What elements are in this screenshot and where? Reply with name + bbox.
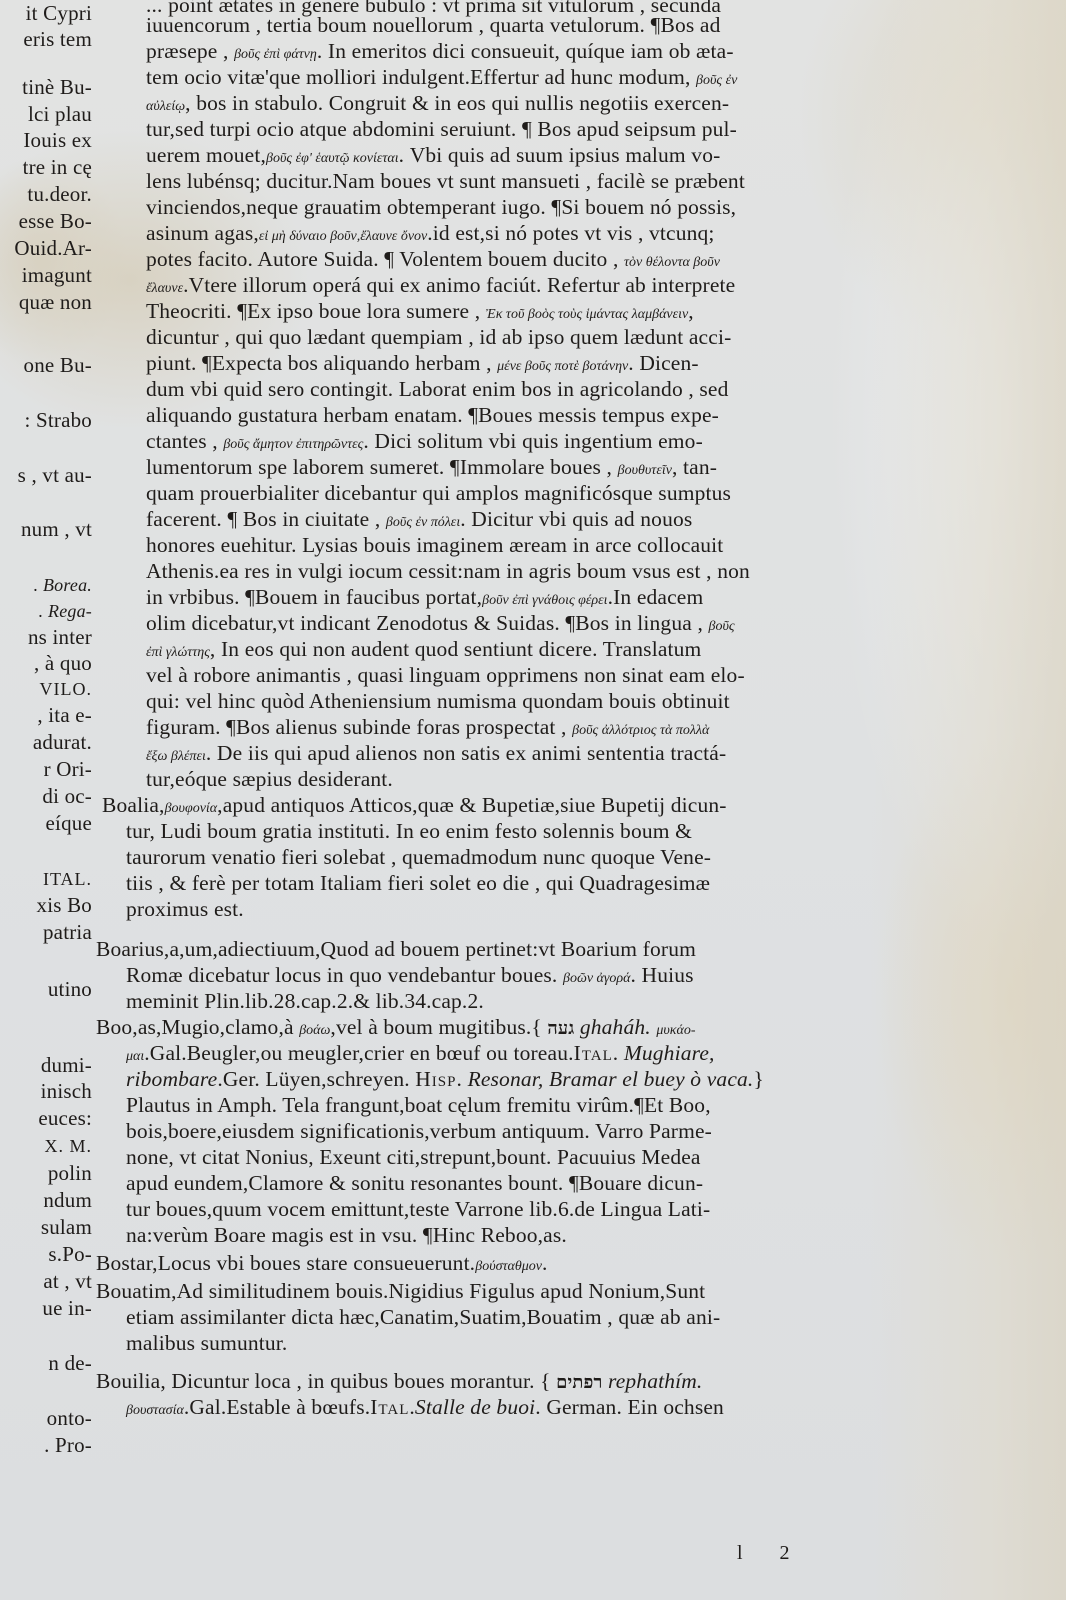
greek-gloss: βοῦν ἐπὶ γνάθοις φέρει xyxy=(482,593,607,608)
greek-gloss: βούσταθμον xyxy=(475,1259,542,1274)
text-line: taurorum venatio fieri solebat , quemadm… xyxy=(126,844,711,871)
margin-fragment: tu.deor. xyxy=(0,181,92,207)
text-span: . Dicitur vbi quis ad nouos xyxy=(460,507,692,531)
text-line: vel à robore animantis , quasi linguam o… xyxy=(146,662,745,689)
text-span: Bouilia, Dicuntur loca , in quibus boues… xyxy=(96,1369,556,1393)
margin-fragment: dumi- xyxy=(0,1052,92,1078)
text-span: bois,boere,eiusdem significationis,verbu… xyxy=(126,1119,712,1143)
text-span: taurorum venatio fieri solebat , quemadm… xyxy=(126,845,711,869)
margin-fragment: s.Po- xyxy=(0,1241,92,1267)
text-line: Plautus in Amph. Tela frangunt,boat cęlu… xyxy=(126,1092,711,1119)
greek-gloss: μαι xyxy=(126,1049,144,1064)
text-line: Bostar,Locus vbi boues stare consueuerun… xyxy=(96,1250,548,1280)
greek-gloss: Ἐκ τοῦ βοὸς τοὺς ἱμάντας λαμβάνειν xyxy=(486,307,688,322)
text-span: .Gal.Beugler,ou meugler,crier en bœuf ou… xyxy=(144,1041,573,1065)
margin-fragment: ue in- xyxy=(0,1295,92,1321)
text-span: . Dici solitum vbi quis ingentium emo- xyxy=(363,429,703,453)
text-span: præsepe , xyxy=(146,39,234,63)
margin-fragment: inisch xyxy=(0,1078,92,1104)
margin-fragment: esse Bo- xyxy=(0,208,92,234)
margin-fragment: lci plau xyxy=(0,101,92,127)
text-line: malibus sumuntur. xyxy=(126,1330,287,1357)
text-span: apud eundem,Clamore & sonitu resonantes … xyxy=(126,1171,703,1195)
text-span: , In eos qui non audent quod sentiunt di… xyxy=(210,637,702,661)
text-span: .id est,si nó potes vt vis , vtcunq; xyxy=(427,221,714,245)
text-span: piunt. ¶Expecta bos aliquando herbam , xyxy=(146,351,497,375)
margin-fragment: it Cypri xyxy=(0,0,92,26)
text-line: iuuencorum , tertia boum nouellorum , qu… xyxy=(146,12,721,39)
text-line: tur, Ludi boum gratia instituti. In eo e… xyxy=(126,818,692,845)
entry-headword: Boarius,a,um,adiectiuum,Quod ad bouem pe… xyxy=(96,937,696,961)
text-span: Ital xyxy=(370,1395,409,1419)
margin-fragment: X. M. xyxy=(0,1133,92,1159)
greek-gloss: βουστασία xyxy=(126,1403,184,1418)
text-span: tur,eóque sæpius desiderant. xyxy=(146,767,393,791)
margin-fragment: at , vt xyxy=(0,1268,92,1294)
text-span: meminit Plin.lib.28.cap.2.& lib.34.cap.2… xyxy=(126,989,484,1013)
text-line: ribombare.Ger. Lüyen,schreyen. Hisp. Res… xyxy=(126,1066,764,1093)
text-span: na:verùm Boare magis est in vsu. ¶Hinc R… xyxy=(126,1223,567,1247)
text-span: , xyxy=(688,299,694,323)
text-span: . Vbi quis ad suum ipsius malum vo- xyxy=(399,143,721,167)
text-span: ,vel à boum mugitibus.{ xyxy=(330,1015,547,1039)
margin-fragment: , ita e- xyxy=(0,702,92,728)
text-line: Bouatim,Ad similitudinem bouis.Nigidius … xyxy=(96,1278,705,1305)
greek-gloss: βουφονία xyxy=(165,801,218,816)
margin-fragment: xis Bo xyxy=(0,892,92,918)
text-span: facerent. ¶ Bos in ciuitate , xyxy=(146,507,386,531)
text-line: dicuntur , qui quo lædant quempiam , id … xyxy=(146,324,731,351)
greek-gloss: μένε βοῦς ποτὲ βοτάνην xyxy=(497,359,628,374)
text-line: tur,sed turpi ocio atque abdomini seruiu… xyxy=(146,116,737,143)
margin-fragment: ns inter xyxy=(0,624,92,650)
text-span: olim dicebatur,vt indicant Zenodotus & S… xyxy=(146,611,709,635)
signature-mark: l 2 xyxy=(737,1542,806,1565)
text-span: rephathím. xyxy=(602,1369,702,1393)
text-span: dum vbi quid sero contingit. Laborat eni… xyxy=(146,377,729,401)
margin-fragment: ITAL. xyxy=(0,866,92,892)
text-span: ctantes , xyxy=(146,429,223,453)
hebrew-gloss: רפתים xyxy=(556,1372,602,1392)
text-span: , tan- xyxy=(672,455,717,479)
text-line: Athenis.ea res in vulgi iocum cessit:nam… xyxy=(146,558,750,585)
text-span: Romæ dicebatur locus in quo vendebantur … xyxy=(126,963,563,987)
text-line: tur boues,quum vocem emittunt,teste Varr… xyxy=(126,1196,710,1223)
text-span: tur boues,quum vocem emittunt,teste Varr… xyxy=(126,1197,710,1221)
margin-fragment: imagunt xyxy=(0,262,92,288)
margin-fragment: eíque xyxy=(0,810,92,836)
margin-fragment: ndum xyxy=(0,1187,92,1213)
margin-fragment: Iouis ex xyxy=(0,127,92,153)
entry-headword: Boalia, xyxy=(102,793,165,817)
margin-fragment: , à quo xyxy=(0,650,92,676)
margin-fragment: n de- xyxy=(0,1350,92,1376)
text-span: proximus est. xyxy=(126,897,244,921)
text-line: βουστασία.Gal.Estable à bœufs.Ital.Stall… xyxy=(126,1394,724,1424)
text-span: .Gal.Estable à bœufs. xyxy=(184,1395,370,1419)
text-span: .In edacem xyxy=(608,585,704,609)
left-column-fragments: it Cyprieris temtinè Bu-lci plauIouis ex… xyxy=(0,0,92,1600)
text-line: qui: vel hinc quòd Atheniensium numisma … xyxy=(146,688,730,715)
text-span: asinum agas, xyxy=(146,221,259,245)
text-span: Stalle de buoi xyxy=(415,1395,535,1419)
text-line: Bouilia, Dicuntur loca , in quibus boues… xyxy=(96,1368,702,1396)
main-text-column: ... point ætates in genere bubulo : vt p… xyxy=(96,0,876,1600)
text-span: Resonar, Bramar el buey ò vaca. xyxy=(468,1067,754,1091)
greek-gloss: αὐλείῳ xyxy=(146,99,185,114)
text-span: Hisp xyxy=(415,1067,456,1091)
hebrew-gloss: געה xyxy=(547,1018,574,1038)
text-span: Bostar,Locus vbi boues stare consueuerun… xyxy=(96,1251,475,1275)
greek-gloss: βουθυτεῖν xyxy=(618,463,672,478)
text-span: tem ocio vitæ'que molliori indulgent.Eff… xyxy=(146,65,696,89)
text-span: ribombare xyxy=(126,1067,217,1091)
text-line: aliquando gustatura herbam enatam. ¶Boue… xyxy=(146,402,719,429)
margin-fragment: adurat. xyxy=(0,729,92,755)
text-line: tur,eóque sæpius desiderant. xyxy=(146,766,393,793)
text-span: } xyxy=(753,1067,763,1091)
margin-fragment: polin xyxy=(0,1160,92,1186)
text-span: .Ger. Lüyen,schreyen. xyxy=(217,1067,415,1091)
text-span: . De iis qui apud alienos non satis ex a… xyxy=(206,741,726,765)
text-span: qui: vel hinc quòd Atheniensium numisma … xyxy=(146,689,730,713)
greek-gloss: βοῦς ἐφ' ἑαυτῷ κονίεται xyxy=(266,151,399,166)
text-span: . xyxy=(613,1041,624,1065)
greek-gloss: ἔλαυνε xyxy=(146,281,183,296)
text-span: potes facito. Autore Suida. ¶ Volentem b… xyxy=(146,247,624,271)
margin-fragment: di oc- xyxy=(0,783,92,809)
text-line: dum vbi quid sero contingit. Laborat eni… xyxy=(146,376,729,403)
text-line: bois,boere,eiusdem significationis,verbu… xyxy=(126,1118,712,1145)
text-span: . In emeritos dici consueuit, quíque iam… xyxy=(317,39,734,63)
text-span: .Vtere illorum operá qui ex animo faciút… xyxy=(183,273,735,297)
text-span: , bos in stabulo. Congruit & in eos qui … xyxy=(185,91,729,115)
greek-gloss: τὸν θέλοντα βοῦν xyxy=(624,255,720,270)
text-span: tur, Ludi boum gratia instituti. In eo e… xyxy=(126,819,692,843)
text-span: tur,sed turpi ocio atque abdomini seruiu… xyxy=(146,117,737,141)
margin-fragment: num , vt xyxy=(0,516,92,542)
margin-fragment: patria xyxy=(0,919,92,945)
margin-fragment: s , vt au- xyxy=(0,462,92,488)
text-span: . Dicen- xyxy=(628,351,698,375)
text-span: ghaháh. xyxy=(574,1015,656,1039)
text-span: . xyxy=(457,1067,468,1091)
text-line: etiam assimilanter dicta hæc,Canatim,Sua… xyxy=(126,1304,720,1331)
text-span: . Huius xyxy=(630,963,693,987)
margin-fragment: quæ non xyxy=(0,289,92,315)
margin-fragment: euces: xyxy=(0,1105,92,1131)
text-line: meminit Plin.lib.28.cap.2.& lib.34.cap.2… xyxy=(126,988,484,1015)
text-span: ,apud antiquos Atticos,quæ & Bupetiæ,siu… xyxy=(217,793,726,817)
margin-fragment: . Rega- xyxy=(0,598,92,624)
text-span: . German. Ein ochsen xyxy=(535,1395,724,1419)
margin-fragment: Ouid.Ar- xyxy=(0,235,92,261)
text-span: Theocriti. ¶Ex ipso boue lora sumere , xyxy=(146,299,486,323)
margin-fragment: sulam xyxy=(0,1214,92,1240)
text-line: honores euehitur. Lysias bouis imaginem … xyxy=(146,532,723,559)
text-line: quam prouerbialiter dicebantur qui amplo… xyxy=(146,480,731,507)
greek-gloss: εἰ μὴ δύναιο βοῦν,ἔλαυνε ὄνον xyxy=(259,229,427,244)
text-span: Ital xyxy=(574,1041,613,1065)
text-span: vel à robore animantis , quasi linguam o… xyxy=(146,663,745,687)
text-span: figuram. ¶Bos alienus subinde foras pros… xyxy=(146,715,572,739)
greek-gloss: ἐπὶ γλώττης xyxy=(146,645,210,660)
text-line: Boarius,a,um,adiectiuum,Quod ad bouem pe… xyxy=(96,936,696,963)
text-span: vinciendos,neque grauatim obtemperant iu… xyxy=(146,195,736,219)
text-span: . xyxy=(542,1251,548,1275)
greek-gloss: βοῦς ἄμητον ἐπιτηρῶντες xyxy=(223,437,363,452)
text-span: Bouatim,Ad similitudinem bouis.Nigidius … xyxy=(96,1279,705,1303)
margin-fragment: eris tem xyxy=(0,26,92,52)
text-span: lumentorum spe laborem sumeret. ¶Immolar… xyxy=(146,455,618,479)
greek-gloss: βοῦς ἀλλότριος τὰ πολλὰ xyxy=(572,723,709,738)
text-span: in vrbibus. ¶Bouem in faucibus portat, xyxy=(146,585,482,609)
text-span: lens lubénsq; ducitur.Nam boues vt sunt … xyxy=(146,169,745,193)
text-span: Boo,as,Mugio,clamo,à xyxy=(96,1015,299,1039)
text-line: apud eundem,Clamore & sonitu resonantes … xyxy=(126,1170,703,1197)
water-stain xyxy=(870,0,1066,1600)
text-span: tiis , & ferè per totam Italiam fieri so… xyxy=(126,871,710,895)
margin-fragment: onto- xyxy=(0,1405,92,1431)
greek-gloss: βοάω xyxy=(299,1023,330,1038)
greek-gloss: βοῦς xyxy=(709,619,735,634)
margin-fragment: . Borea. xyxy=(0,572,92,598)
text-line: proximus est. xyxy=(126,896,244,923)
margin-fragment: VILO. xyxy=(0,676,92,702)
greek-gloss: βοῦς ἐπὶ φάτνῃ xyxy=(234,47,317,62)
text-span: uerem mouet, xyxy=(146,143,266,167)
margin-fragment: r Ori- xyxy=(0,756,92,782)
greek-gloss: ἔξω βλέπει xyxy=(146,749,206,764)
greek-gloss: βοῦς ἐν πόλει xyxy=(386,515,460,530)
greek-gloss: βοῦς ἐν xyxy=(696,73,737,88)
text-span: etiam assimilanter dicta hæc,Canatim,Sua… xyxy=(126,1305,720,1329)
text-line: none, vt citat Nonius, Exeunt citi,strep… xyxy=(126,1144,701,1171)
text-line: lens lubénsq; ducitur.Nam boues vt sunt … xyxy=(146,168,745,195)
text-line: vinciendos,neque grauatim obtemperant iu… xyxy=(146,194,736,221)
margin-fragment: : Strabo xyxy=(0,407,92,433)
greek-gloss: μυκάο- xyxy=(656,1023,695,1038)
margin-fragment: one Bu- xyxy=(0,352,92,378)
greek-gloss: βοῶν ἀγορά xyxy=(563,971,631,986)
text-line: tiis , & ferè per totam Italiam fieri so… xyxy=(126,870,710,897)
text-span: Mughiare, xyxy=(624,1041,715,1065)
margin-fragment: tre in cę xyxy=(0,154,92,180)
text-span: none, vt citat Nonius, Exeunt citi,strep… xyxy=(126,1145,701,1169)
text-span: aliquando gustatura herbam enatam. ¶Boue… xyxy=(146,403,719,427)
text-line: na:verùm Boare magis est in vsu. ¶Hinc R… xyxy=(126,1222,567,1249)
text-span: malibus sumuntur. xyxy=(126,1331,287,1355)
margin-fragment: . Pro- xyxy=(0,1432,92,1458)
text-span: Plautus in Amph. Tela frangunt,boat cęlu… xyxy=(126,1093,711,1117)
text-span: dicuntur , qui quo lædant quempiam , id … xyxy=(146,325,731,349)
text-span: iuuencorum , tertia boum nouellorum , qu… xyxy=(146,13,721,37)
text-span: Athenis.ea res in vulgi iocum cessit:nam… xyxy=(146,559,750,583)
text-span: honores euehitur. Lysias bouis imaginem … xyxy=(146,533,723,557)
margin-fragment: tinè Bu- xyxy=(0,74,92,100)
margin-fragment: utino xyxy=(0,976,92,1002)
text-span: quam prouerbialiter dicebantur qui amplo… xyxy=(146,481,731,505)
